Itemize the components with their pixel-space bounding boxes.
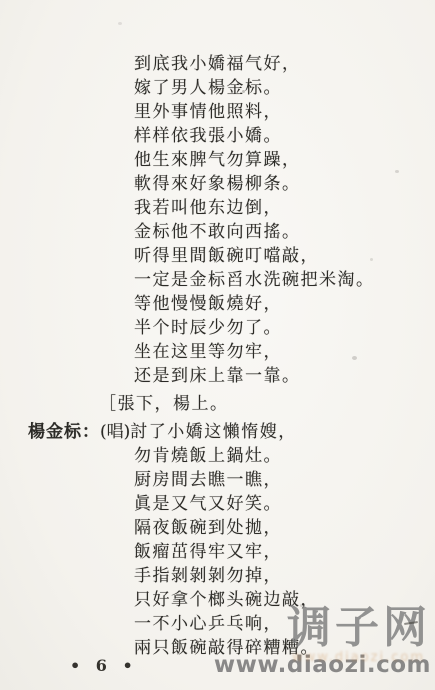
- verse-line: 等他慢慢飯燒好，: [134, 292, 375, 316]
- scan-speckle: [242, 90, 245, 93]
- scan-speckle: [370, 258, 373, 261]
- sing-cue-label: (唱): [100, 422, 130, 442]
- scan-speckle: [300, 604, 303, 607]
- verse-line: 一不小心乒乓响，: [134, 612, 319, 636]
- verse-block-1: 到底我小嬌福气好，嫁了男人楊金标。里外事情他照料，样样依我張小嬌。他生來脾气勿算…: [134, 52, 375, 388]
- verse-line: 隔夜飯碗到处拋，: [134, 516, 319, 540]
- speaker-first-verse-line: 討了小嬌这懶惰嫂，: [130, 422, 297, 442]
- verse-line: 嫁了男人楊金标。: [134, 76, 375, 100]
- verse-line: 厨房間去瞧一瞧，: [134, 468, 319, 492]
- verse-line: 手指剝剝剝勿掉，: [134, 564, 319, 588]
- verse-line: 勿肯燒飯上鍋灶。: [134, 444, 319, 468]
- verse-line: 一定是金标舀水洗碗把米淘。: [134, 268, 375, 292]
- stage-direction: ［張下，楊上。: [99, 392, 229, 416]
- verse-line: 我若叫他东边倒，: [134, 196, 375, 220]
- scan-speckle: [395, 170, 399, 173]
- scan-speckle: [352, 356, 357, 360]
- scan-speckle: [118, 22, 122, 25]
- verse-line: 坐在这里等勿牢，: [134, 340, 375, 364]
- verse-line: 眞是又气又好笑。: [134, 492, 319, 516]
- verse-line: 金标他不敢向西搖。: [134, 220, 375, 244]
- verse-line: 样样依我張小嬌。: [134, 124, 375, 148]
- verse-line: 还是到床上靠一靠。: [134, 364, 375, 388]
- speaker-name: 楊金标：: [28, 422, 100, 442]
- verse-line: 兩只飯碗敲得碎糟糟。: [134, 636, 319, 660]
- verse-line: 听得里間飯碗叮噹敲，: [134, 244, 375, 268]
- verse-line: 只好拿个榔头碗边敲，: [134, 588, 319, 612]
- verse-line: 里外事情他照料，: [134, 100, 375, 124]
- verse-block-2: 勿肯燒飯上鍋灶。厨房間去瞧一瞧，眞是又气又好笑。隔夜飯碗到处拋，飯瘤茁得牢又牢，…: [134, 444, 319, 660]
- verse-line: 半个时辰少勿了。: [134, 316, 375, 340]
- scanned-script-page: 到底我小嬌福气好，嫁了男人楊金标。里外事情他照料，样样依我張小嬌。他生來脾气勿算…: [0, 0, 435, 690]
- speaker-row: 楊金标：(唱)討了小嬌这懶惰嫂，: [28, 420, 297, 444]
- page-number: • 6 •: [70, 656, 138, 675]
- verse-line: 到底我小嬌福气好，: [134, 52, 375, 76]
- scan-artifact-dash: [404, 621, 418, 625]
- verse-line: 他生來脾气勿算躁，: [134, 148, 375, 172]
- verse-line: 飯瘤茁得牢又牢，: [134, 540, 319, 564]
- verse-line: 軟得來好象楊柳条。: [134, 172, 375, 196]
